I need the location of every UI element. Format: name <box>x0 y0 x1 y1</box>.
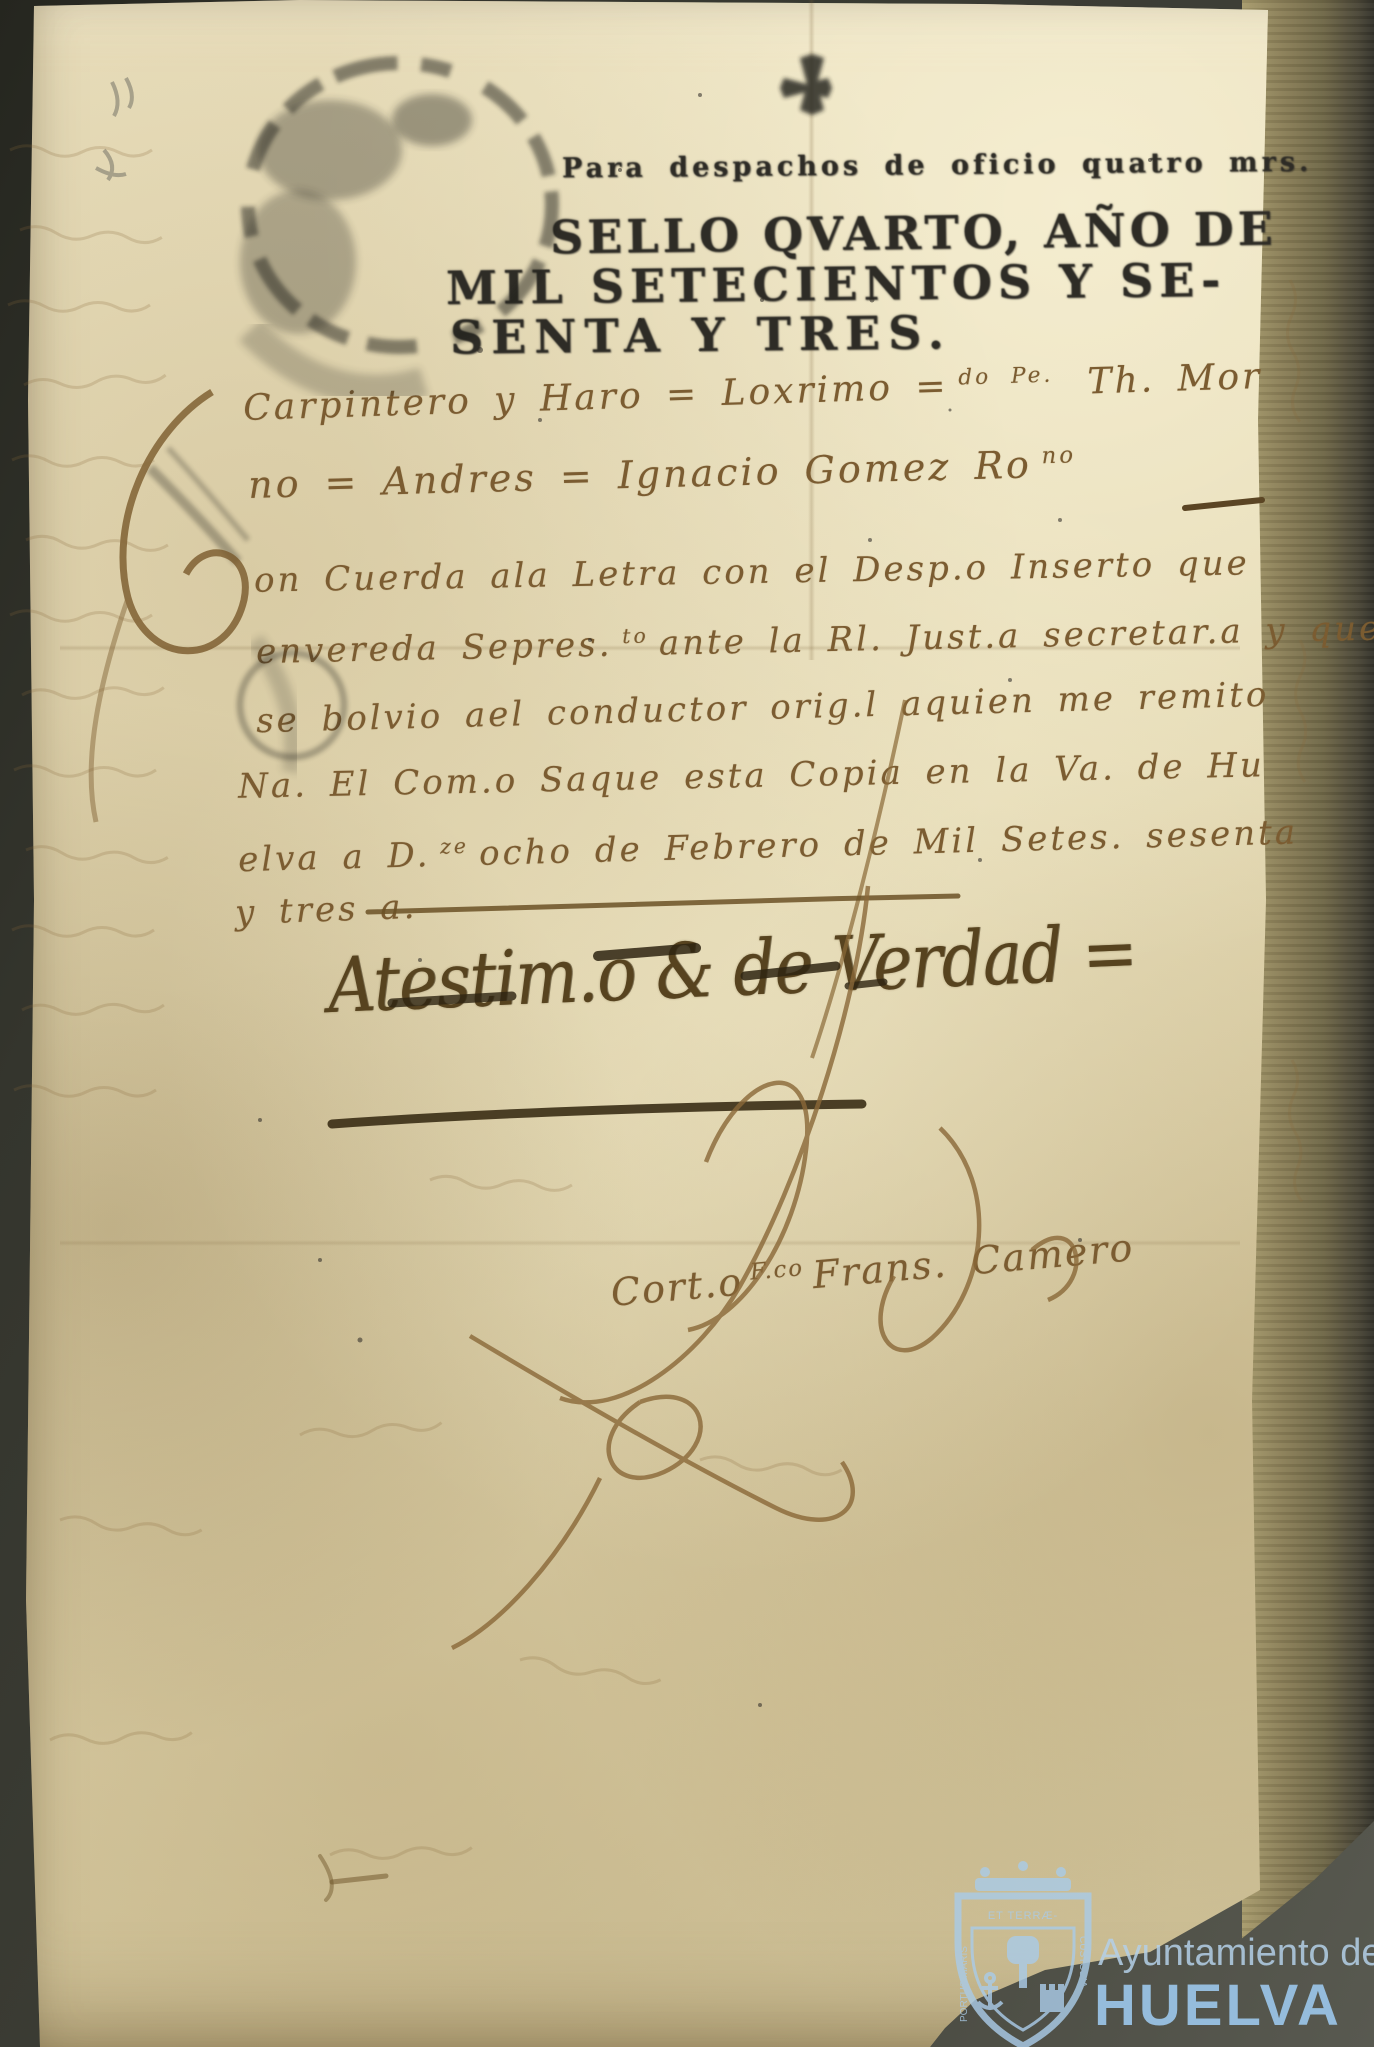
watermark-org-name: Ayuntamiento de <box>1098 1932 1374 1975</box>
manuscript-line-1-end: Th. Mor <box>1087 356 1263 402</box>
superscript-do: do <box>958 365 992 391</box>
manuscript-line-8-text: y tres a. <box>234 887 418 933</box>
archival-document-scan: Para despachos de oficio quatro mrs. SEL… <box>0 0 1374 2047</box>
manuscript-line-4-text: envereda Sepres. <box>256 625 613 672</box>
superscript-ze: ze <box>440 834 469 859</box>
printed-tax-line: Para despachos de oficio quatro mrs. <box>562 147 1313 185</box>
signature-superscript: F.co <box>749 1255 805 1286</box>
superscript-no: no <box>1041 443 1076 470</box>
watermark-city-name: HUELVA <box>1094 1972 1342 2039</box>
superscript-pe: Pe. <box>1011 363 1054 389</box>
superscript-to: to <box>622 624 649 649</box>
seal-heading-line3: SENTA Y TRES. <box>450 305 952 364</box>
manuscript-line-8: y tres a. <box>234 887 418 933</box>
manuscript-line-7-text: elva a D. <box>238 835 431 880</box>
